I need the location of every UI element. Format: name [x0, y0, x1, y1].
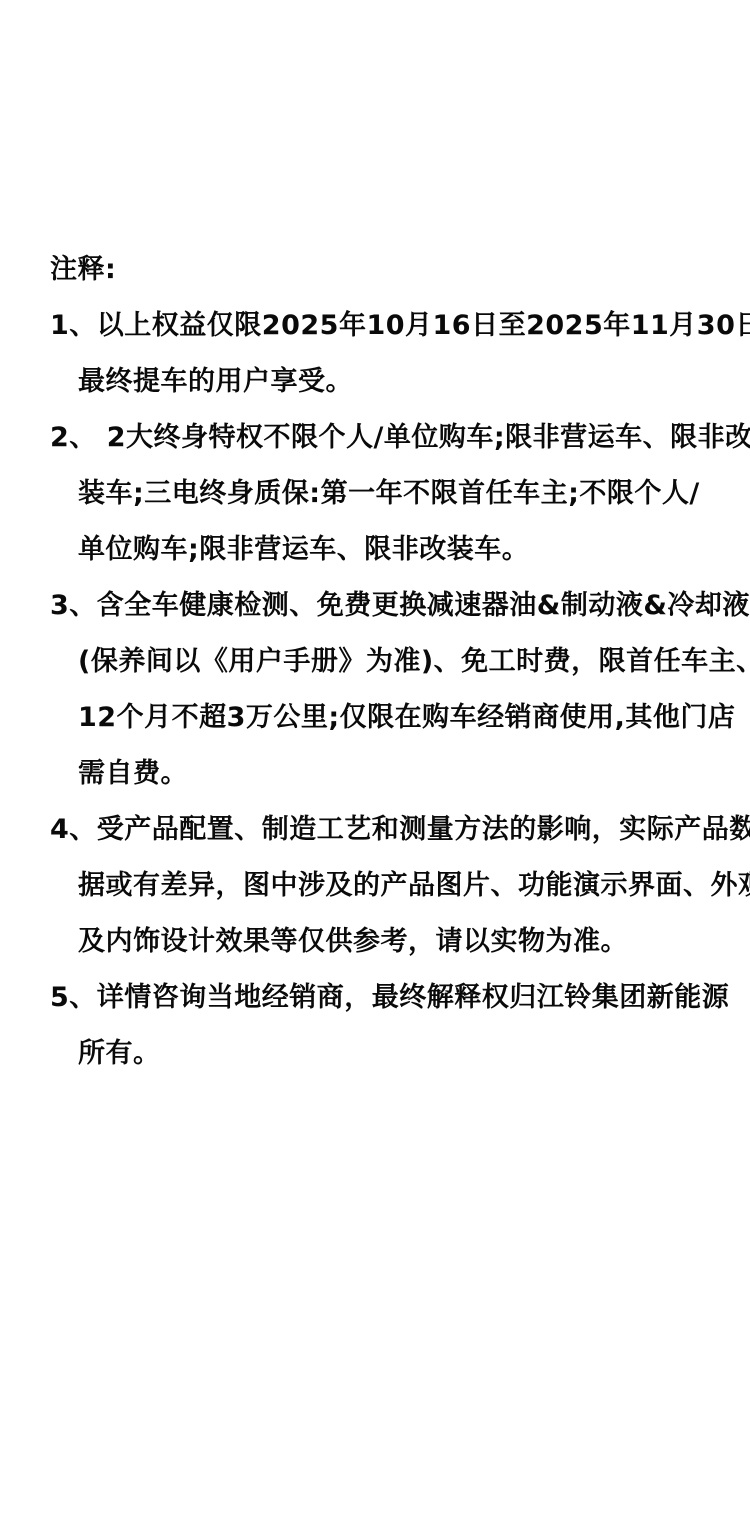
note-line: 据或有差异，图中涉及的产品图片、功能演示界面、外观: [50, 858, 710, 914]
note-item-1: 1、以上权益仅限2025年10月16日至2025年11月30日， 最终提车的用户…: [50, 298, 710, 410]
note-text: 以上权益仅限2025年10月16日至2025年11月30日，: [97, 310, 750, 341]
note-line: 及内饰设计效果等仅供参考，请以实物为准。: [50, 914, 710, 970]
note-number: 4、: [50, 802, 97, 858]
note-line: 单位购车;限非营运车、限非改装车。: [50, 522, 710, 578]
note-line: 装车;三电终身质保:第一年不限首任车主;不限个人/: [50, 466, 710, 522]
note-item-2: 2、 2大终身特权不限个人/单位购车;限非营运车、限非改 装车;三电终身质保:第…: [50, 410, 710, 578]
note-line: 最终提车的用户享受。: [50, 354, 710, 410]
note-line: 2、 2大终身特权不限个人/单位购车;限非营运车、限非改: [50, 410, 710, 466]
note-text: 含全车健康检测、免费更换减速器油&制动液&冷却液: [97, 590, 750, 621]
note-item-5: 5、详情咨询当地经销商，最终解释权归江铃集团新能源 所有。: [50, 970, 710, 1082]
note-item-4: 4、受产品配置、制造工艺和测量方法的影响，实际产品数 据或有差异，图中涉及的产品…: [50, 802, 710, 970]
note-number: 5、: [50, 970, 97, 1026]
note-text: 2大终身特权不限个人/单位购车;限非营运车、限非改: [97, 422, 750, 453]
note-line: (保养间以《用户手册》为准)、免工时费，限首任车主、每: [50, 634, 710, 690]
note-number: 3、: [50, 578, 97, 634]
note-line: 12个月不超3万公里;仅限在购车经销商使用,其他门店: [50, 690, 710, 746]
note-item-3: 3、含全车健康检测、免费更换减速器油&制动液&冷却液 (保养间以《用户手册》为准…: [50, 578, 710, 802]
notes-heading: 注释:: [50, 242, 710, 298]
note-line: 需自费。: [50, 746, 710, 802]
note-number: 2、: [50, 410, 97, 466]
note-text: 详情咨询当地经销商，最终解释权归江铃集团新能源: [97, 982, 730, 1013]
note-line: 所有。: [50, 1026, 710, 1082]
note-line: 1、以上权益仅限2025年10月16日至2025年11月30日，: [50, 298, 710, 354]
disclaimer-page: 注释: 1、以上权益仅限2025年10月16日至2025年11月30日， 最终提…: [0, 0, 750, 1520]
note-text: 受产品配置、制造工艺和测量方法的影响，实际产品数: [97, 814, 750, 845]
note-line: 3、含全车健康检测、免费更换减速器油&制动液&冷却液: [50, 578, 710, 634]
note-line: 4、受产品配置、制造工艺和测量方法的影响，实际产品数: [50, 802, 710, 858]
note-line: 5、详情咨询当地经销商，最终解释权归江铃集团新能源: [50, 970, 710, 1026]
note-number: 1、: [50, 298, 97, 354]
